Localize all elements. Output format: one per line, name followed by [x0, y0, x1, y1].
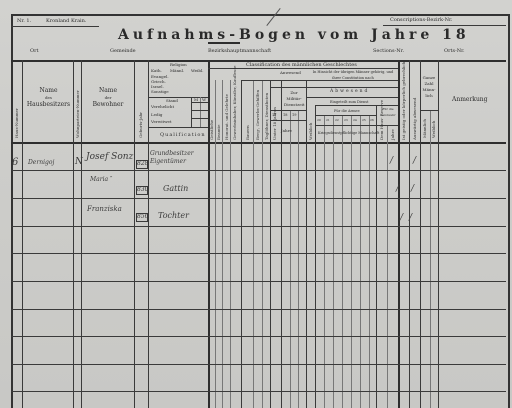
- hausbesitzer-heading: Name des Hausbesitzers: [24, 87, 73, 108]
- row-1-qualification: Grundbesitzer Eigentümer: [150, 150, 208, 166]
- stand-row: Ledig: [151, 112, 162, 118]
- religion-col-w: Weibl.: [191, 68, 204, 74]
- row-1-geburtsjahr: 828: [137, 160, 148, 167]
- header-line: [148, 127, 208, 128]
- form-border: [11, 14, 510, 408]
- fremde-text: In Hinsicht der übrigen Männer gehörig, …: [310, 69, 396, 81]
- row-3-geburtsjahr: 856: [137, 213, 148, 220]
- stand-col-w: W: [202, 97, 206, 103]
- jahrgang: 17: [272, 112, 276, 118]
- form-number-underline: [11, 26, 99, 27]
- col-line: [253, 80, 254, 408]
- title-underline: [208, 42, 240, 44]
- class-col-heading: Taglöhner, Dienstboten: [264, 93, 269, 140]
- row-divider: [11, 253, 506, 254]
- jahrgang-b: 26: [370, 117, 374, 123]
- row-divider: [11, 170, 506, 171]
- fuer-armee-heading: Für die Armee: [334, 108, 360, 114]
- province-label: Kronland Krain.: [46, 18, 86, 24]
- heading-line: lich: [420, 93, 438, 99]
- class-col-heading: Berg-, Gewerbs-Gehilfen: [255, 90, 260, 140]
- religion-col-m: Männl.: [170, 68, 184, 74]
- row-1-hausbesitzer: Dernigoj: [28, 159, 54, 166]
- reserve-heading: Dem Haus- Reserve: [379, 100, 384, 140]
- zur-militaer-heading: Zur Militär-Dienstzeit: [284, 90, 304, 108]
- qualification-heading: Qualification: [160, 132, 206, 138]
- row-2-bewohner: Maria ″: [90, 176, 112, 183]
- gesamt-maennlich: Männlich: [422, 119, 427, 138]
- kriegsdienst-heading: Kriegsdienstpflichtige Mannschaft: [318, 130, 379, 136]
- jahrgang: 19: [292, 112, 296, 118]
- row-2-qualification: Gattin: [163, 184, 188, 193]
- jahrgang-b: 23: [344, 117, 348, 123]
- classification-heading: Classification des männlichen Geschlecht…: [246, 62, 357, 68]
- row-1-haus-nr: 6: [12, 157, 18, 168]
- geistig-krank-heading: Ist geistig oder körperlich gebrechlich: [401, 62, 406, 140]
- ort-label: Ort: [30, 48, 39, 54]
- jahrgang-b: 24: [353, 117, 357, 123]
- header-line: [148, 97, 208, 98]
- jahre2-heading: Jahre: [390, 129, 395, 140]
- class-col-heading: Geistliche: [209, 120, 214, 140]
- auswaertig-heading: Auswärtig abwesend: [412, 98, 417, 140]
- col-line: [73, 60, 74, 408]
- col-line: [222, 80, 223, 408]
- class-col-heading: Bauern: [245, 125, 250, 140]
- col-line: [306, 80, 307, 408]
- col-line: [420, 60, 421, 408]
- header-line: [420, 110, 438, 111]
- col-line: [398, 60, 400, 408]
- class-col-heading: Gewerbsinhaber, Künstler, Kaufleute: [232, 65, 237, 140]
- form-number: Nr. 1.: [17, 18, 31, 24]
- abwesend-heading: Abwesend: [330, 89, 369, 95]
- heading-line: Bewohner: [82, 101, 134, 108]
- heading-line: der: [82, 94, 134, 101]
- col-line: [387, 125, 388, 408]
- anwesend-heading: Anwesend: [280, 70, 301, 76]
- row-1-mark-a: /: [390, 156, 393, 166]
- row-divider: [11, 226, 506, 227]
- header-bottom-border: [11, 142, 506, 144]
- col-line: [230, 80, 231, 408]
- heading-line: Name: [82, 87, 134, 94]
- col-line: [208, 60, 210, 408]
- row-2-geburtsjahr: 830: [137, 186, 148, 193]
- stand-col-m: M: [194, 97, 198, 103]
- row-3-qualification: Tochter: [158, 211, 189, 220]
- header-line: [315, 115, 376, 116]
- header-line: [315, 125, 398, 126]
- col-line: [134, 60, 135, 408]
- row-divider: [11, 281, 506, 282]
- col-line: [22, 60, 23, 408]
- row-3-bewohner: Franziska: [87, 205, 122, 213]
- row-3-mark-b: /: [409, 213, 412, 223]
- col-line: [315, 105, 316, 408]
- header-line: [306, 97, 398, 98]
- gesamt-heading: Ganze Zahl Männ- lich: [420, 75, 438, 99]
- religion-row: Sonstige: [151, 89, 169, 95]
- gesamt-weiblich: Weiblich: [431, 121, 436, 138]
- header-line: [270, 87, 398, 88]
- row-1-wohnpartei: N: [75, 157, 83, 167]
- row-1-bewohner: Josef Sonz: [86, 152, 133, 162]
- row-2-mark-a: /: [396, 184, 399, 194]
- orts-nr-label: Orts-Nr.: [444, 48, 465, 54]
- row-divider: [11, 309, 506, 310]
- gemeinde-label: Gemeinde: [110, 48, 136, 54]
- row-3-mark-a: /: [400, 213, 403, 223]
- bezirkshauptmannschaft-label: Bezirkshauptmannschaft: [208, 48, 271, 54]
- row-1-mark-b: /: [413, 156, 416, 166]
- conscription-district-label: Conscriptions-Bezirk-Nr.: [390, 17, 452, 23]
- census-form-sheet: Nr. 1. Kronland Krain. Conscriptions-Bez…: [0, 0, 512, 408]
- sections-nr-label: Sections-Nr.: [373, 48, 404, 54]
- col-line: [270, 80, 271, 408]
- col-line: [81, 60, 82, 408]
- row-divider: [11, 391, 506, 392]
- stand-row: Verwitwet: [151, 119, 172, 125]
- district-underline: [383, 25, 506, 26]
- heading-line: Name: [24, 87, 73, 94]
- haus-nummer-heading: Haus-Nummer: [14, 108, 19, 138]
- header-line: [191, 110, 208, 111]
- form-title: Aufnahms-Bogen vom Jahre 18: [118, 27, 470, 43]
- col-line: [409, 60, 410, 408]
- col-line: [262, 80, 263, 408]
- class-col-heading: Beamte: [216, 125, 221, 140]
- col-line: [241, 80, 242, 408]
- col-line: [148, 60, 149, 408]
- row-divider: [11, 336, 506, 337]
- jahrgang-b: 25: [362, 117, 366, 123]
- bewohner-heading: Name der Bewohner: [82, 87, 134, 108]
- heading-line: Hausbesitzers: [24, 101, 73, 108]
- weiblich-heading: Weiblich: [308, 123, 313, 140]
- row-divider: [11, 364, 506, 365]
- col-line: [438, 60, 439, 408]
- jahrgang-b: 20: [317, 117, 321, 123]
- heading-line: des: [24, 94, 73, 101]
- class-col-heading: Honorat. und Gelehrte: [224, 94, 229, 140]
- jahrgang: 18: [283, 112, 287, 118]
- col-line: [376, 105, 377, 408]
- wohnparteien-heading: Wohnparteien-Nummer: [75, 90, 80, 138]
- stand-row: Verehelicht: [151, 104, 174, 110]
- aufnahme-heading: Eingeteilt zum Dienst: [330, 99, 368, 105]
- geburtsjahr-heading: Geburts-Jahr: [138, 112, 143, 138]
- anmerkung-heading: Anmerkung: [452, 97, 488, 103]
- row-divider: [11, 198, 506, 199]
- jahrgang-b: 21: [326, 117, 330, 123]
- header-line: [191, 118, 208, 119]
- row-2-mark-b: /: [411, 184, 414, 194]
- jahre-label: Jahre: [281, 128, 292, 134]
- jahrgang-b: 22: [335, 117, 339, 123]
